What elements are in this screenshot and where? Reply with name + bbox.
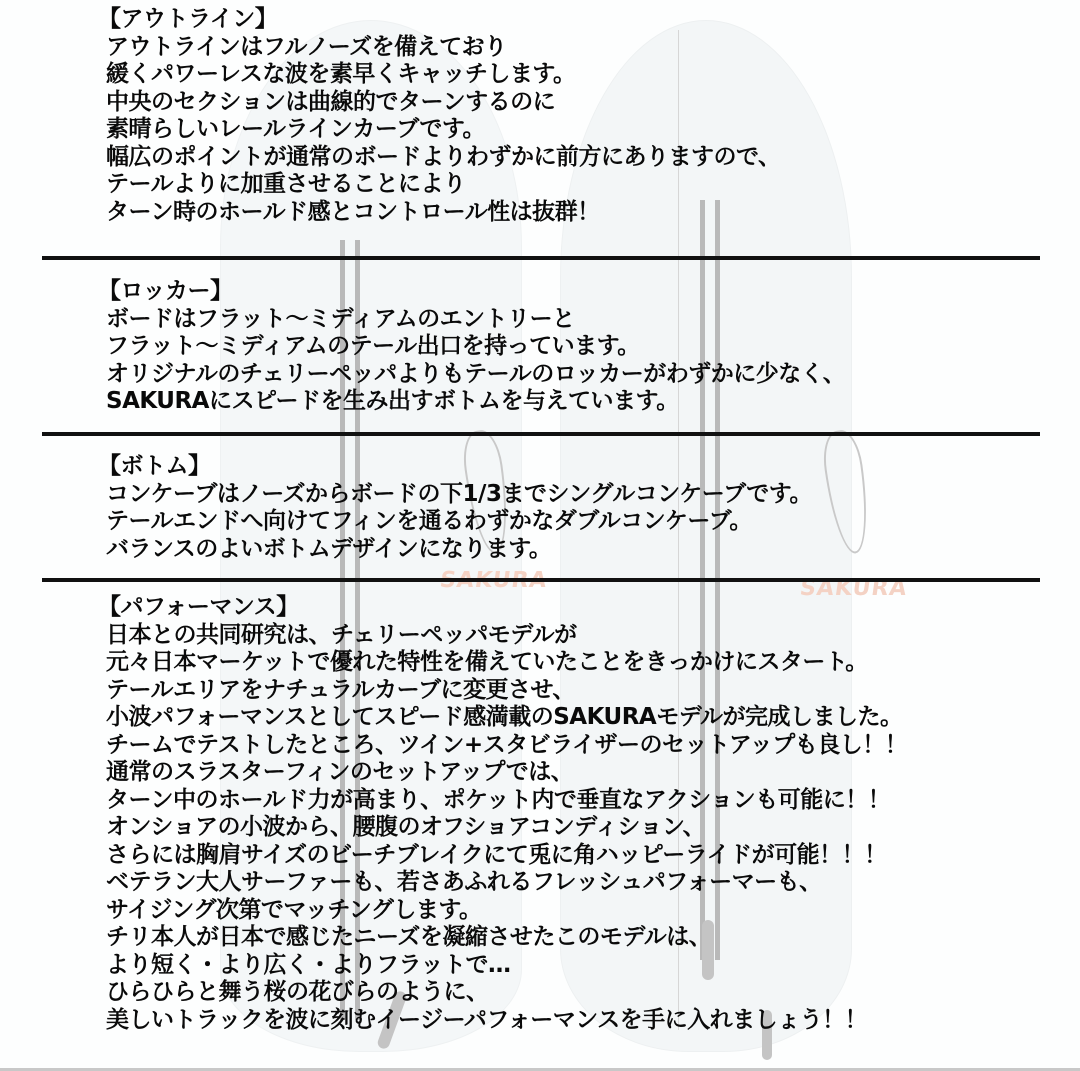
section-outline: 【アウトライン】 アウトラインはフルノーズを備えており 緩くパワーレスな波を素早… (106, 6, 781, 226)
text-line: アウトラインはフルノーズを備えており (106, 34, 781, 62)
text-line: 美しいトラックを波に刻むイージーパフォーマンスを手に入れましょう！！ (106, 1007, 907, 1035)
text-line: テールエリアをナチュラルカーブに変更させ、 (106, 677, 907, 705)
section-heading: 【ボトム】 (98, 453, 812, 481)
text-line: オリジナルのチェリーペッパよりもテールのロッカーがわずかに少なく、 (106, 361, 845, 389)
text-line: 中央のセクションは曲線的でターンするのに (106, 89, 781, 117)
text-line: テールよりに加重させることにより (106, 171, 781, 199)
text-line: 小波パフォーマンスとしてスピード感満載のSAKURAモデルが完成しました。 (106, 704, 907, 732)
text-line: コンケーブはノーズからボードの下1/3までシングルコンケーブです。 (106, 481, 812, 509)
text-line: 日本との共同研究は、チェリーペッパモデルが (106, 622, 907, 650)
section-heading: 【ロッカー】 (98, 278, 845, 306)
text-line: ベテラン大人サーファーも、若さあふれるフレッシュパフォーマーも、 (106, 869, 907, 897)
text-line: さらには胸肩サイズのビーチブレイクにて兎に角ハッピーライドが可能！！！ (106, 842, 907, 870)
text-line: ターン中のホールド力が高まり、ポケット内で垂直なアクションも可能に！！ (106, 787, 907, 815)
text-line: 通常のスラスターフィンのセットアップでは、 (106, 759, 907, 787)
text-line: サイジング次第でマッチングします。 (106, 897, 907, 925)
text-line: ターン時のホールド感とコントロール性は抜群！ (106, 199, 781, 227)
text-line: 素晴らしいレールラインカーブです。 (106, 116, 781, 144)
text-line: テールエンドへ向けてフィンを通るわずかなダブルコンケーブ。 (106, 508, 812, 536)
text-line: 緩くパワーレスな波を素早くキャッチします。 (106, 61, 781, 89)
section-performance: 【パフォーマンス】 日本との共同研究は、チェリーペッパモデルが 元々日本マーケッ… (106, 594, 907, 1034)
section-rocker: 【ロッカー】 ボードはフラット～ミディアムのエントリーと フラット～ミディアムの… (106, 278, 845, 416)
section-heading: 【アウトライン】 (98, 6, 781, 34)
text-line: 元々日本マーケットで優れた特性を備えていたことをきっかけにスタート。 (106, 649, 907, 677)
text-line: ボードはフラット～ミディアムのエントリーと (106, 306, 845, 334)
text-line: チリ本人が日本で感じたニーズを凝縮させたこのモデルは、 (106, 924, 907, 952)
section-divider (42, 256, 1040, 260)
text-line: 幅広のポイントが通常のボードよりわずかに前方にありますので、 (106, 144, 781, 172)
product-description-sheet: SAKURA SAKURA 【アウトライン】 アウトラインはフルノーズを備えてお… (0, 0, 1080, 1071)
text-line: SAKURAにスピードを生み出すボトムを与えています。 (106, 388, 845, 416)
section-divider (42, 432, 1040, 436)
section-divider (42, 578, 1040, 582)
text-line: より短く・より広く・よりフラットで… (106, 952, 907, 980)
text-line: バランスのよいボトムデザインになります。 (106, 536, 812, 564)
text-line: チームでテストしたところ、ツイン+スタビライザーのセットアップも良し！！ (106, 732, 907, 760)
text-line: オンショアの小波から、腰腹のオフショアコンディション、 (106, 814, 907, 842)
section-heading: 【パフォーマンス】 (98, 594, 907, 622)
text-line: ひらひらと舞う桜の花びらのように、 (106, 979, 907, 1007)
description-content: 【アウトライン】 アウトラインはフルノーズを備えており 緩くパワーレスな波を素早… (0, 0, 1080, 1071)
section-bottom: 【ボトム】 コンケーブはノーズからボードの下1/3までシングルコンケーブです。 … (106, 453, 812, 563)
text-line: フラット～ミディアムのテール出口を持っています。 (106, 333, 845, 361)
